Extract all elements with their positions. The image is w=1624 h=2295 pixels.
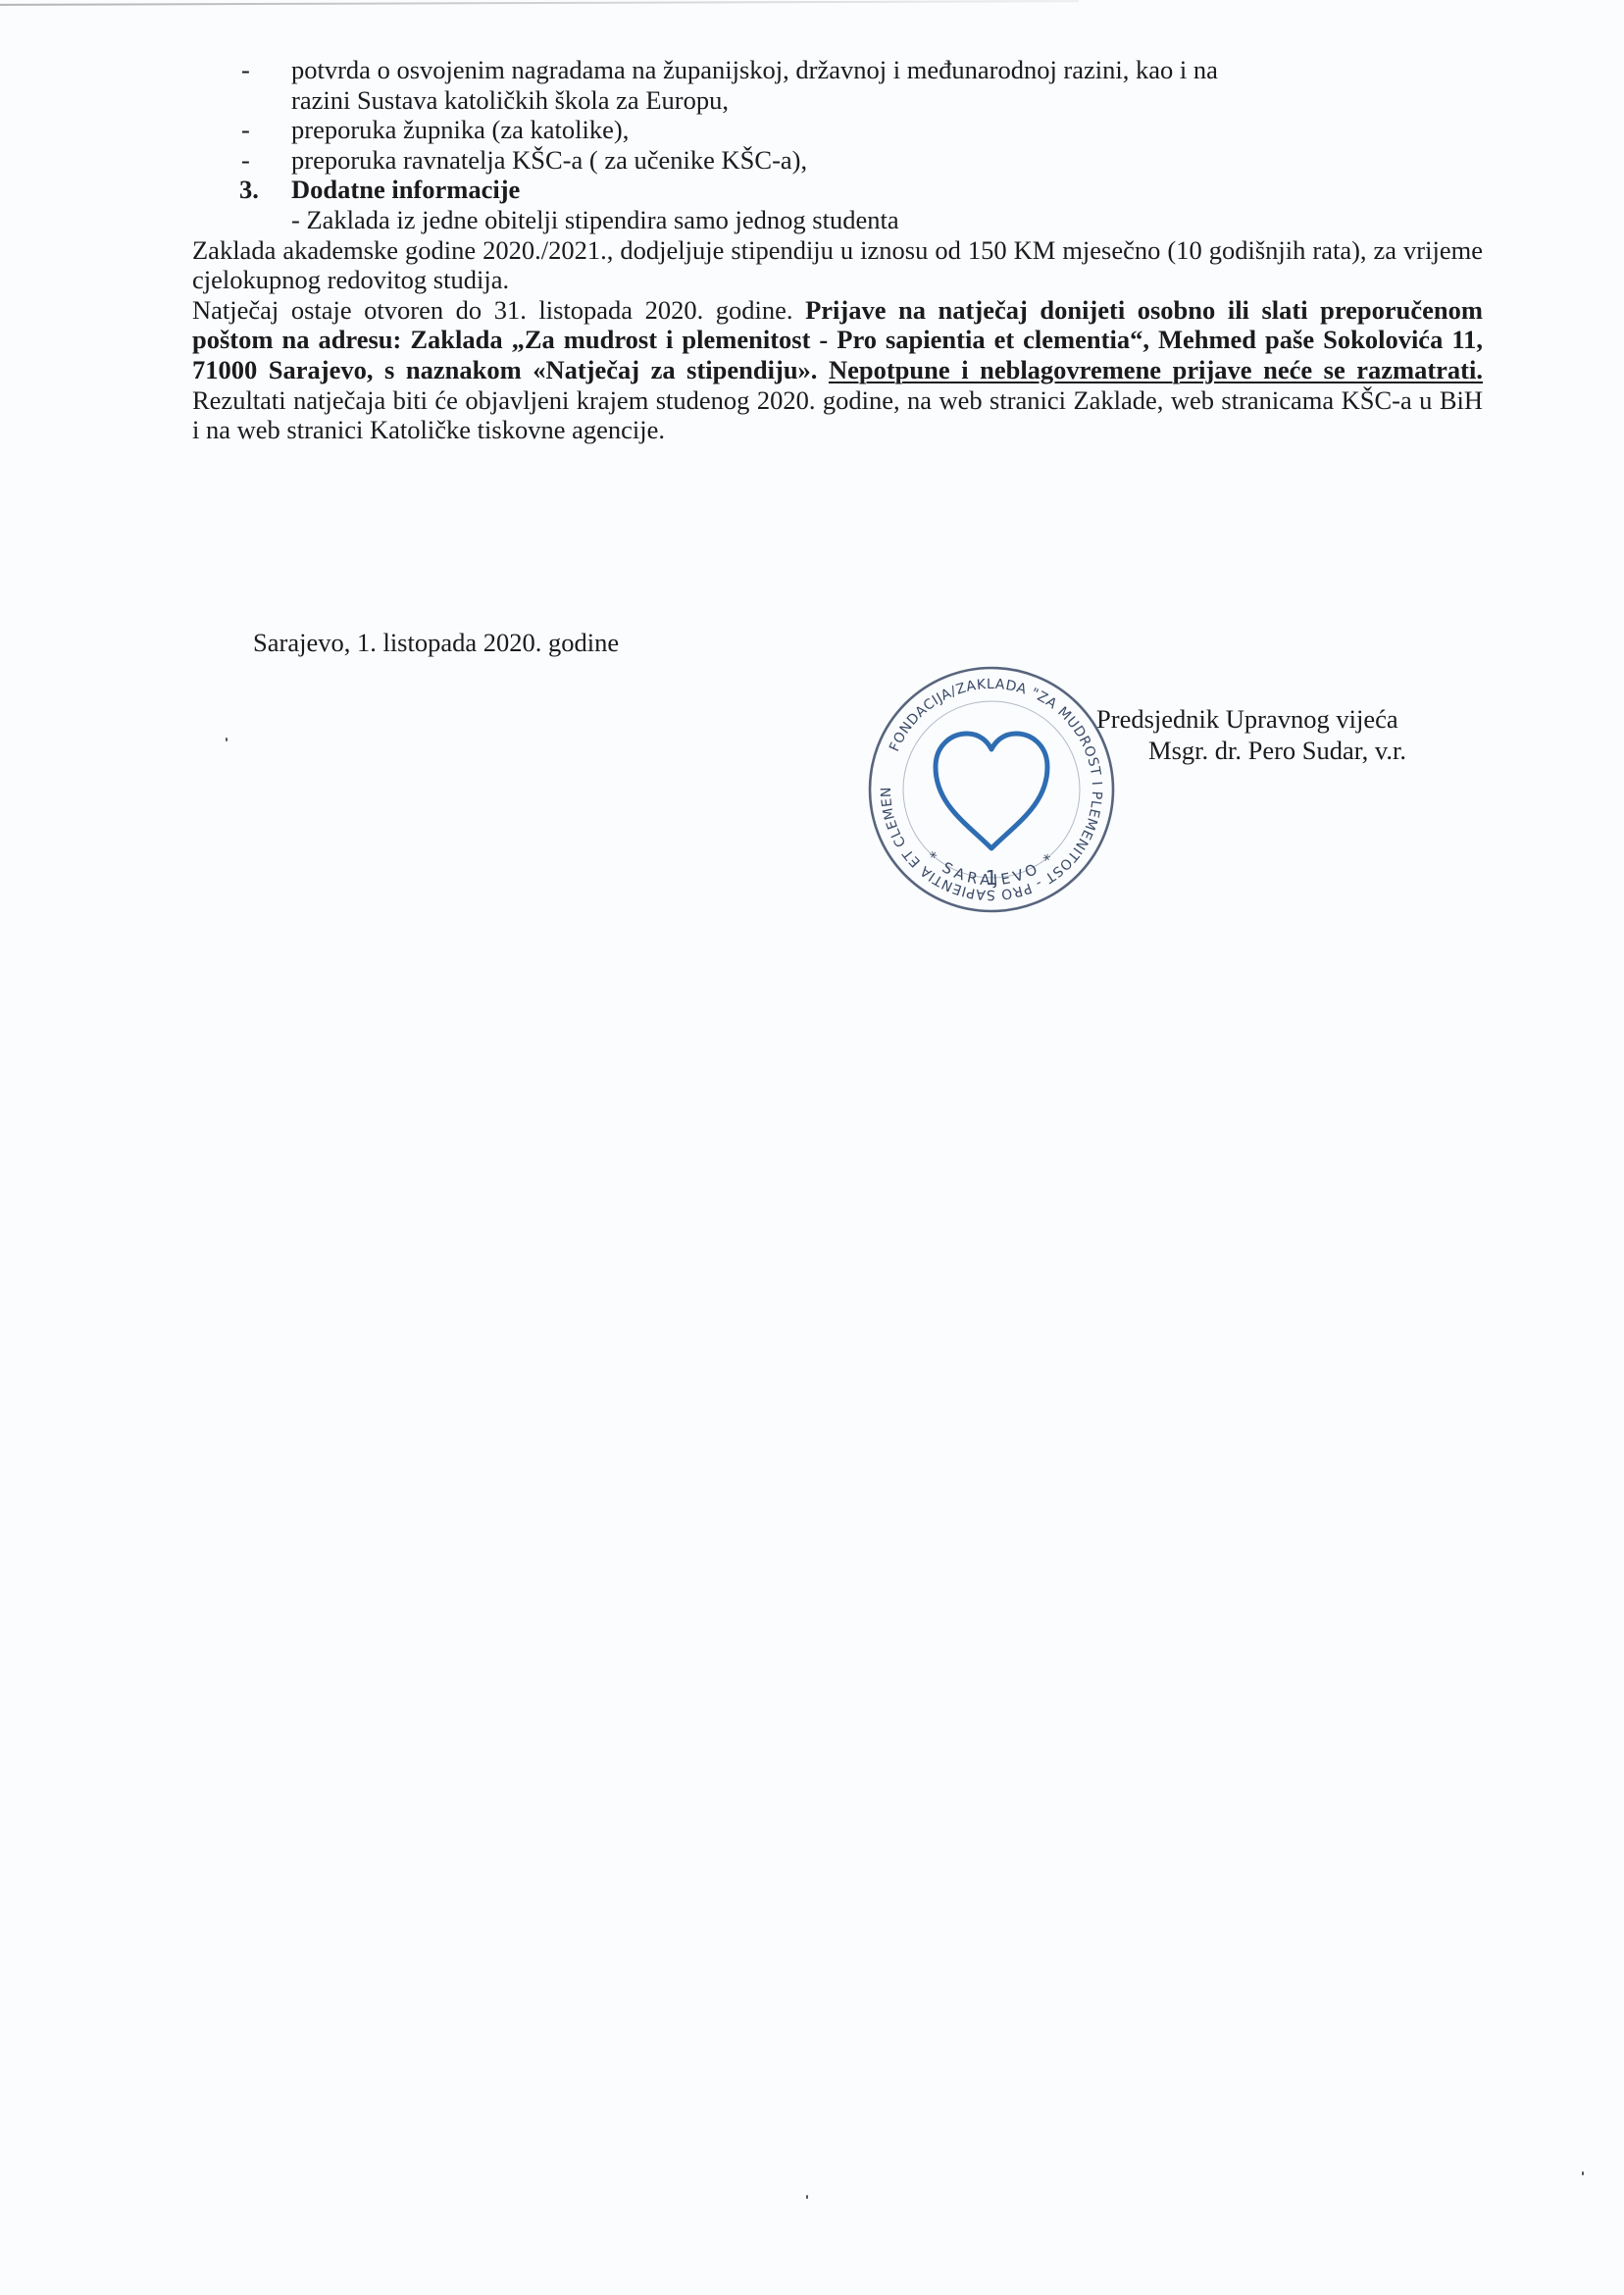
paragraph-results: Rezultati natječaja biti će objavljeni k… (192, 385, 1483, 445)
section-note: - Zaklada iz jedne obitelji stipendira s… (192, 205, 1483, 235)
list-item-text: potvrda o osvojenim nagradama na županij… (291, 55, 1483, 85)
official-stamp: FONDACIJA/ZAKLADA "ZA MUDROST I PLEMENIT… (849, 647, 1134, 932)
list-item-text: razini Sustava katoličkih škola za Europ… (291, 85, 1483, 116)
scan-speck (226, 738, 228, 741)
section-heading: 3. Dodatne informacije (192, 175, 1483, 205)
bullet-dash: - (241, 145, 250, 176)
list-item-text: preporuka ravnatelja KŠC-a ( za učenike … (291, 145, 1483, 176)
svg-text:FONDACIJA/ZAKLADA "ZA MUDROST: FONDACIJA/ZAKLADA "ZA MUDROST I PLEMENIT… (849, 647, 1104, 902)
stamp-inner-ring (903, 701, 1080, 878)
place-date: Sarajevo, 1. listopada 2020. godine (253, 628, 619, 658)
paragraph-application: Natječaj ostaje otvoren do 31. listopada… (192, 295, 1483, 445)
scan-speck (1582, 2171, 1584, 2175)
list-item-text: preporuka župnika (za katolike), (291, 115, 1483, 145)
stamp-number: 1 (986, 866, 998, 890)
bullet-dash: - (241, 55, 250, 85)
scan-speck (806, 2195, 808, 2199)
signature-name: Msgr. dr. Pero Sudar, v.r. (1148, 736, 1406, 766)
list-item: - potvrda o osvojenim nagradama na župan… (192, 55, 1483, 115)
section-title: Dodatne informacije (291, 175, 520, 204)
bullet-dash: - (241, 115, 250, 145)
document-body: - potvrda o osvojenim nagradama na župan… (192, 55, 1483, 445)
paragraph-deadline: Natječaj ostaje otvoren do 31. listopada… (192, 295, 805, 325)
stamp-ring-text: FONDACIJA/ZAKLADA "ZA MUDROST I PLEMENIT… (849, 647, 1104, 902)
paragraph-warning: Nepotpune i neblagovremene prijave neće … (829, 355, 1483, 384)
section-number: 3. (239, 175, 259, 205)
list-item: - preporuka župnika (za katolike), (192, 115, 1483, 145)
paragraph-scholarship-amount: Zaklada akademske godine 2020./2021., do… (192, 235, 1483, 295)
scan-edge-artifact (0, 0, 1079, 6)
heart-icon (936, 734, 1047, 848)
signature-title: Predsjednik Upravnog vijeća (1096, 704, 1398, 735)
list-item: - preporuka ravnatelja KŠC-a ( za učenik… (192, 145, 1483, 176)
